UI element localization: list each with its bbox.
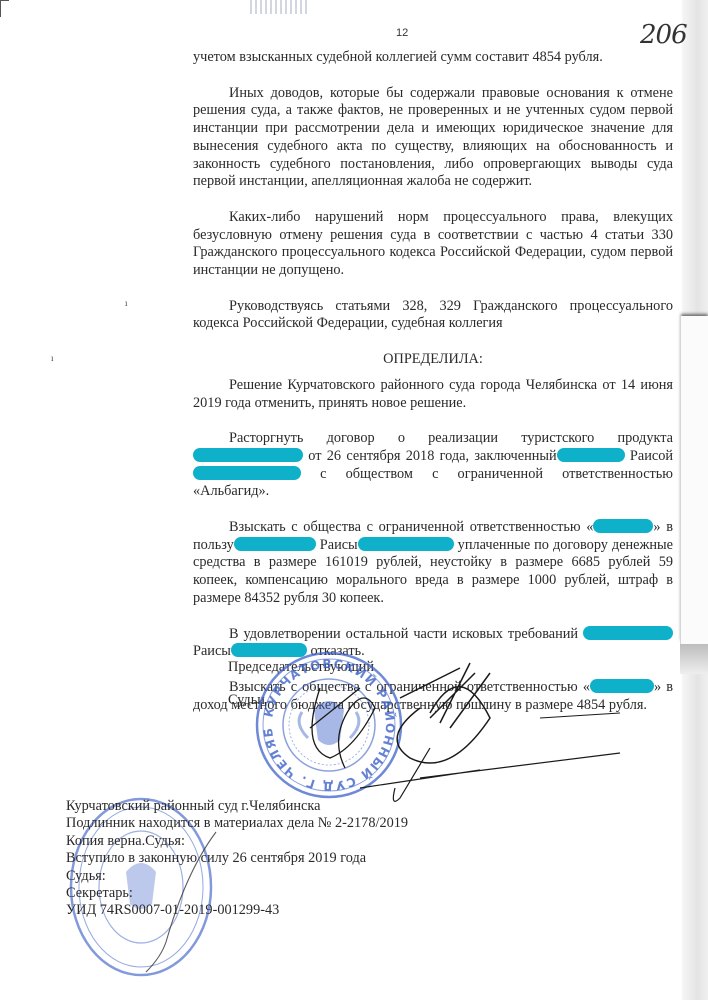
- ruling-heading: ОПРЕДЕЛИЛА:: [193, 351, 673, 369]
- court-name: Курчатовский районный суд г.Челябинска: [66, 798, 408, 815]
- text: Раисы: [320, 537, 358, 553]
- redaction-mark: [193, 466, 301, 480]
- scan-speck: ı: [125, 298, 128, 308]
- text: Раисой: [630, 448, 673, 464]
- paragraph-recover-funds: Взыскать с общества с ограниченной ответ…: [193, 519, 673, 608]
- attached-sheet-edge: [680, 316, 708, 644]
- scan-artifact: [250, 0, 310, 14]
- text: Расторгнуть договор о реализации туристс…: [229, 430, 673, 446]
- scan-edge-mark: [0, 0, 9, 17]
- case-number-line: Подлинник находится в материалах дела № …: [66, 815, 408, 832]
- redaction-mark: [583, 626, 673, 640]
- redaction-mark: [193, 448, 303, 462]
- judge-signatures: [300, 648, 630, 808]
- secretary-line: Секретарь:: [66, 885, 408, 902]
- paragraph-no-procedural-violations: Каких-либо нарушений норм процессуальног…: [193, 209, 673, 280]
- redaction-mark: [358, 537, 454, 551]
- attached-sheet-shadow: [680, 644, 708, 674]
- copy-certified-line: Копия верна.Судья:: [66, 833, 408, 850]
- effective-date-line: Вступило в законную силу 26 сентября 201…: [66, 850, 408, 867]
- certification-footer: Курчатовский районный суд г.Челябинска П…: [66, 798, 408, 920]
- text: Взыскать с общества с ограниченной ответ…: [229, 519, 593, 535]
- judge-line: Судья:: [66, 868, 408, 885]
- redaction-mark: [593, 519, 653, 533]
- handwritten-folio-number: 206: [640, 20, 687, 50]
- case-uid: УИД 74RS0007-01-2019-001299-43: [66, 902, 408, 919]
- text: от 26 сентября 2018 года, заключенный: [308, 448, 556, 464]
- text: Раисы: [193, 643, 231, 659]
- redaction-mark: [234, 537, 316, 551]
- text: В удовлетворении остальной части исковых…: [229, 626, 578, 642]
- paragraph-guided-by: Руководствуясь статьями 328, 329 Граждан…: [193, 298, 673, 333]
- paragraph-terminate-contract: Расторгнуть договор о реализации туристс…: [193, 430, 673, 501]
- document-page: ı ı 12 206 учетом взысканных судебной ко…: [0, 0, 708, 1000]
- paragraph-no-other-grounds: Иных доводов, которые бы содержали право…: [193, 85, 673, 191]
- paragraph-fee-total: учетом взысканных судебной коллегией сум…: [193, 49, 673, 67]
- redaction-mark: [557, 448, 625, 462]
- page-number: 12: [396, 27, 408, 39]
- document-body: учетом взысканных судебной коллегией сум…: [193, 49, 673, 714]
- paragraph-decision-reversed: Решение Курчатовского районного суда гор…: [193, 377, 673, 412]
- scan-speck: ı: [51, 353, 54, 363]
